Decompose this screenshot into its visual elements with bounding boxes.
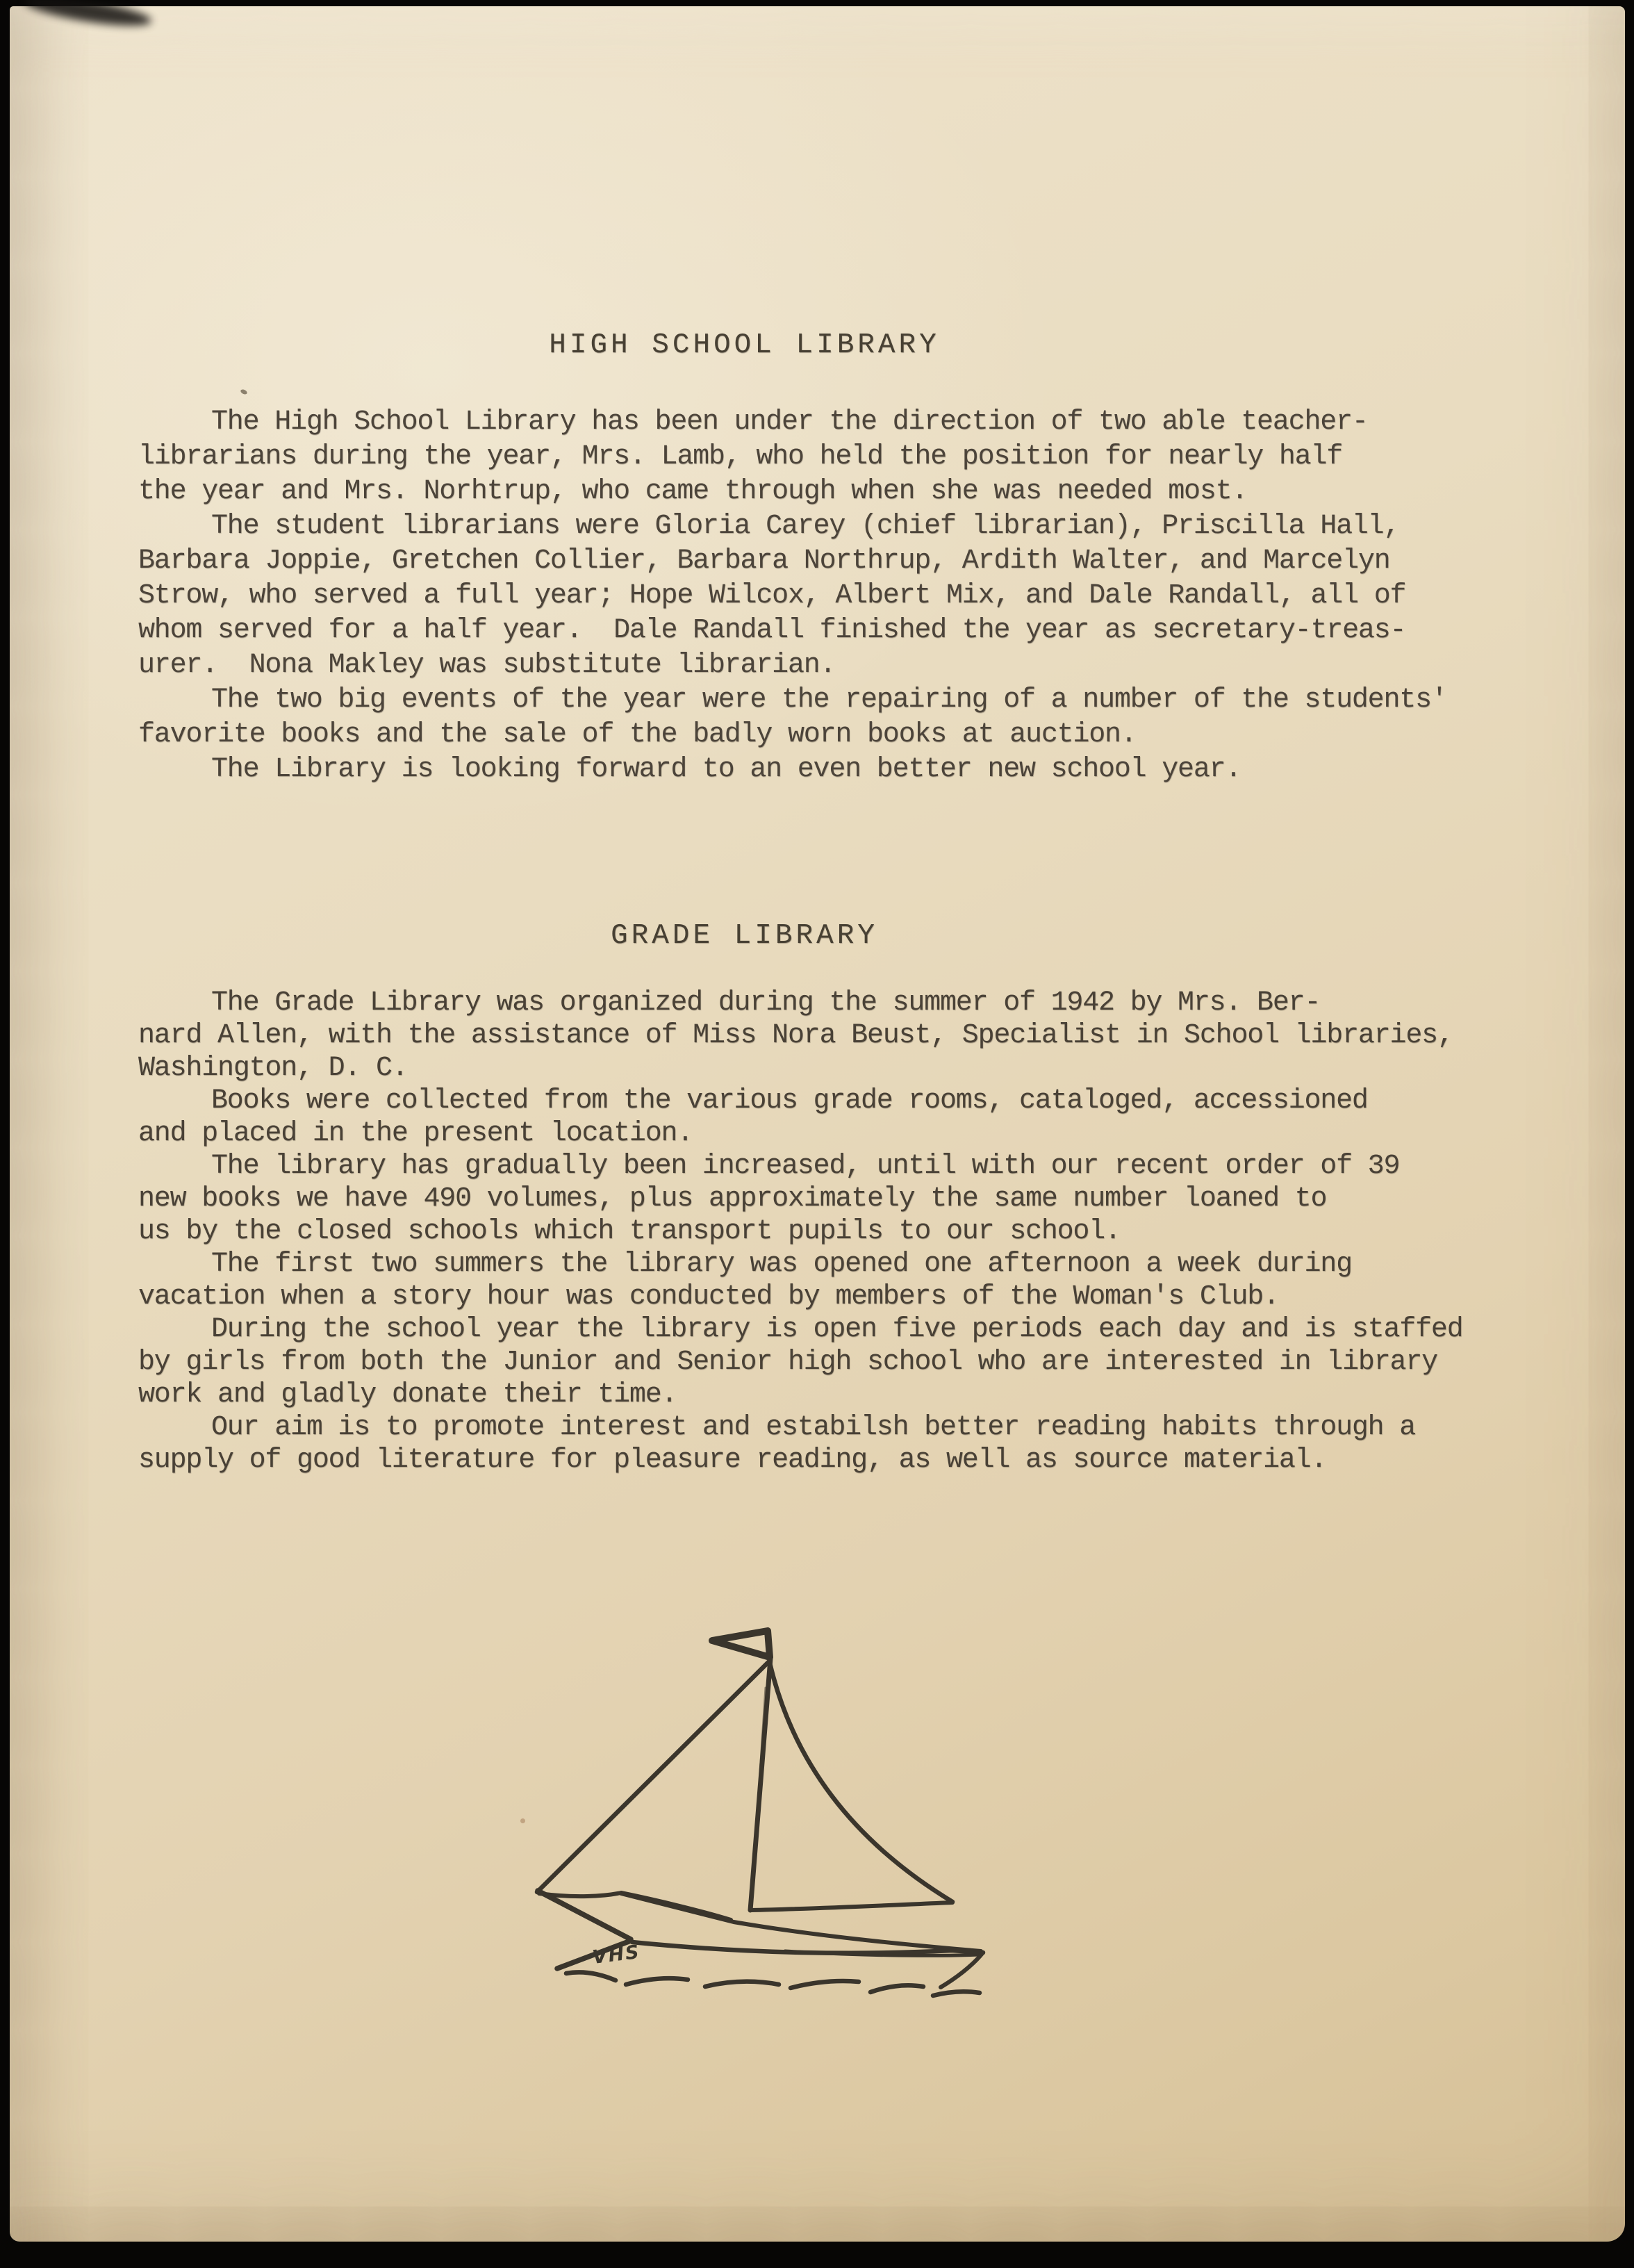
section-high-school-library: HIGH SCHOOL LIBRARY The High School Libr… <box>138 324 1469 787</box>
page-content: HIGH SCHOOL LIBRARY The High School Libr… <box>10 6 1625 2242</box>
jib-sail <box>537 1661 769 1920</box>
paragraph: The Grade Library was organized during t… <box>138 987 1469 1085</box>
paragraph: Our aim is to promote interest and estab… <box>138 1411 1469 1477</box>
paragraph: The library has gradually been increased… <box>138 1150 1469 1248</box>
scanned-yearbook-page: HIGH SCHOOL LIBRARY The High School Libr… <box>0 0 1634 2268</box>
mast <box>750 1659 770 1910</box>
paragraph: The High School Library has been under t… <box>138 405 1469 509</box>
paragraph: The first two summers the library was op… <box>138 1248 1469 1313</box>
pennant-flag-icon <box>712 1631 770 1657</box>
mainsail <box>750 1663 952 1910</box>
section-title-grade-library: GRADE LIBRARY <box>79 915 1410 957</box>
paragraph: Books were collected from the various gr… <box>138 1085 1469 1150</box>
section-title-high-school-library: HIGH SCHOOL LIBRARY <box>79 324 1410 366</box>
paragraph: The student librarians were Gloria Carey… <box>138 509 1469 683</box>
artist-initials: VHS <box>591 1941 641 1969</box>
paper-sheet: HIGH SCHOOL LIBRARY The High School Libr… <box>10 6 1625 2242</box>
paragraph: The Library is looking forward to an eve… <box>138 753 1469 787</box>
section-grade-library: GRADE LIBRARY The Grade Library was orga… <box>138 915 1469 1477</box>
paragraph: The two big events of the year were the … <box>138 683 1469 753</box>
water-lines <box>566 1972 980 1996</box>
paragraph: During the school year the library is op… <box>138 1313 1469 1411</box>
sailboat-sketch-illustration: VHS <box>527 1611 999 2042</box>
